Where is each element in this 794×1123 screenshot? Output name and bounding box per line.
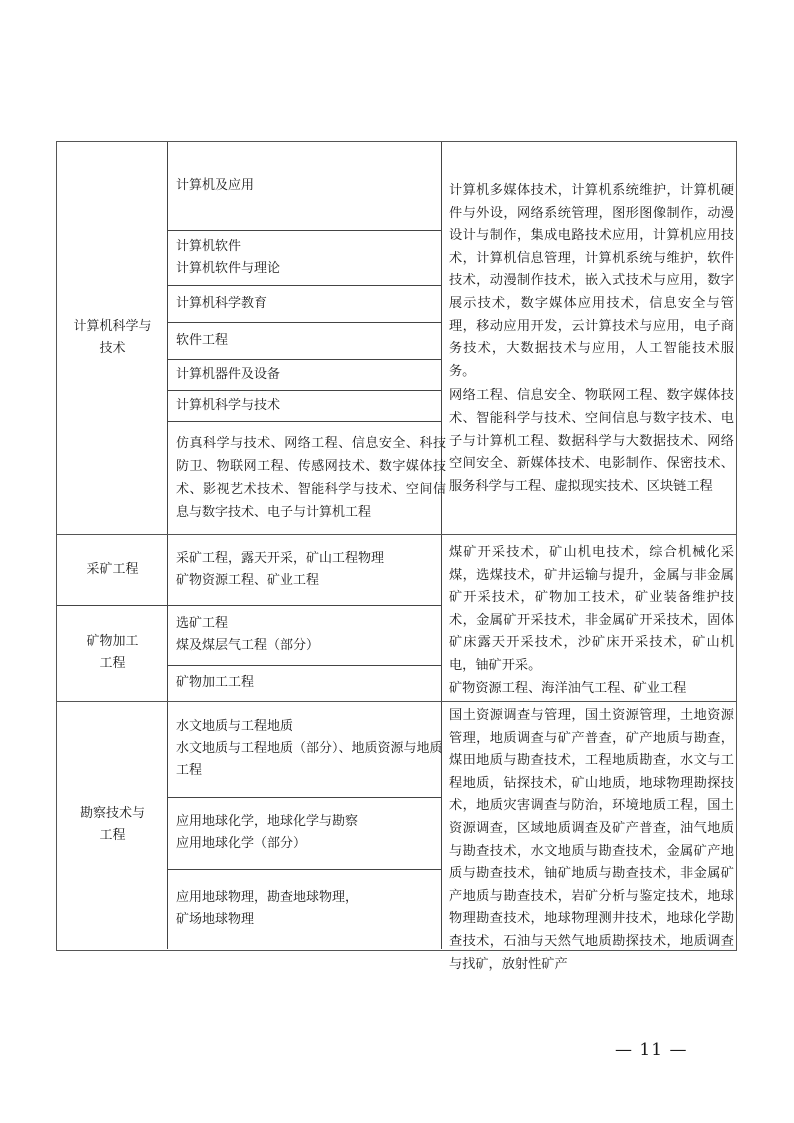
category-cell: 计算机科学与 技术 bbox=[57, 142, 168, 534]
major-cell: 水文地质与工程地质 水文地质与工程地质（部分）、地质资源与地质工程 bbox=[176, 701, 446, 797]
major-cell: 计算机科学与技术 bbox=[176, 390, 446, 421]
major-cell: 选矿工程 煤及煤层气工程（部分） bbox=[176, 605, 446, 665]
related-majors-text: 煤矿开采技术，矿山机电技术，综合机械化采煤，选煤技术，矿井运输与提升，金属与非金… bbox=[449, 542, 734, 678]
major-cell: 采矿工程，露天开采，矿山工程物理 矿物资源工程、矿业工程 bbox=[176, 534, 446, 605]
category-cell: 采矿工程 bbox=[57, 534, 168, 605]
related-majors-cell: 计算机多媒体技术，计算机系统维护，计算机硬件与外设，网络系统管理，图形图像制作，… bbox=[449, 180, 734, 498]
major-cell: 软件工程 bbox=[176, 322, 446, 359]
major-cell: 矿物加工工程 bbox=[176, 665, 446, 701]
major-cell: 计算机器件及设备 bbox=[176, 359, 446, 390]
major-cell: 计算机软件 计算机软件与理论 bbox=[176, 230, 446, 285]
page-number: — 11 — bbox=[615, 1040, 687, 1060]
related-majors-cell: 国土资源调查与管理，国土资源管理，土地资源管理，地质调查与矿产普查，矿产地质与勘… bbox=[449, 705, 734, 976]
related-majors-text: 计算机多媒体技术，计算机系统维护，计算机硬件与外设，网络系统管理，图形图像制作，… bbox=[449, 180, 734, 383]
related-majors-text: 矿物资源工程、海洋油气工程、矿业工程 bbox=[449, 678, 734, 701]
related-majors-cell: 煤矿开采技术，矿山机电技术，综合机械化采煤，选煤技术，矿井运输与提升，金属与非金… bbox=[449, 542, 734, 700]
major-cell: 计算机科学教育 bbox=[176, 285, 446, 322]
major-catalog-table: 计算机科学与 技术 计算机及应用 计算机软件 计算机软件与理论 计算机科学教育 … bbox=[56, 141, 737, 951]
major-cell: 应用地球化学，地球化学与勘察 应用地球化学（部分） bbox=[176, 797, 446, 869]
related-majors-text: 国土资源调查与管理，国土资源管理，土地资源管理，地质调查与矿产普查，矿产地质与勘… bbox=[449, 705, 734, 976]
category-cell: 勘察技术与 工程 bbox=[57, 701, 168, 949]
major-cell: 应用地球物理，勘查地球物理， 矿场地球物理 bbox=[176, 869, 446, 949]
major-cell: 仿真科学与技术、网络工程、信息安全、科技防卫、物联网工程、传感网技术、数字媒体技… bbox=[176, 421, 446, 534]
category-cell: 矿物加工 工程 bbox=[57, 605, 168, 701]
major-cell: 计算机及应用 bbox=[176, 142, 446, 230]
related-majors-text: 网络工程、信息安全、物联网工程、数字媒体技术、智能科学与技术、空间信息与数字技术… bbox=[449, 385, 734, 498]
document-page: 计算机科学与 技术 计算机及应用 计算机软件 计算机软件与理论 计算机科学教育 … bbox=[0, 0, 794, 1123]
